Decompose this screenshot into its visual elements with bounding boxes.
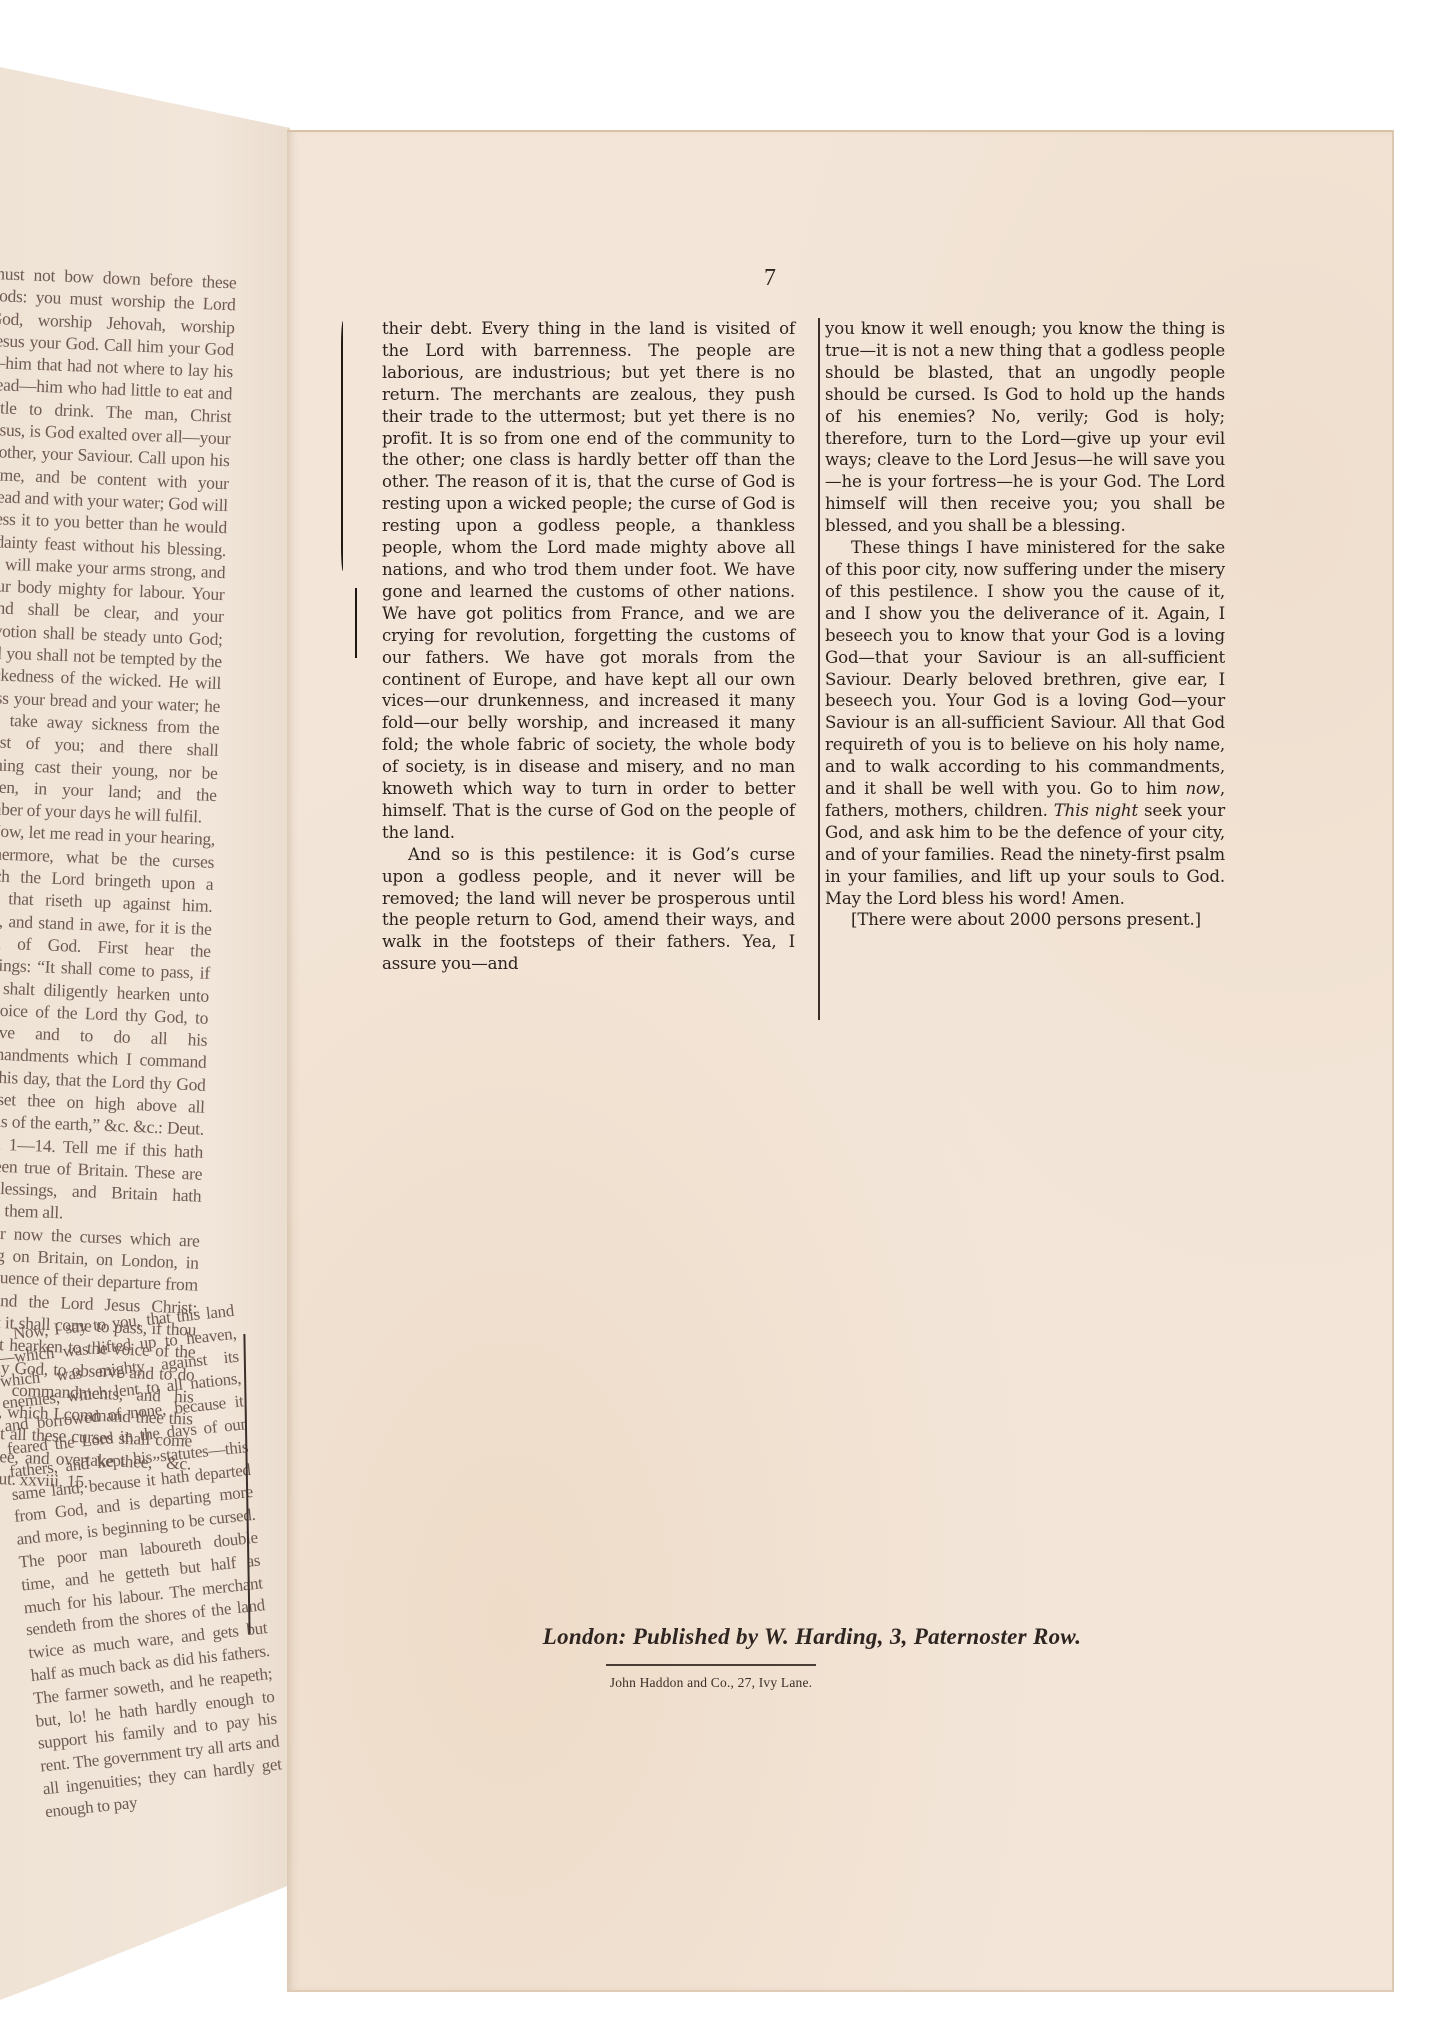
left-page-text-lower: Now, I say to you, that this land—which … — [0, 1300, 285, 1824]
margin-bracket-mark — [341, 321, 346, 571]
italic-now: now — [1185, 779, 1219, 798]
column-divider — [818, 318, 820, 1020]
left-paragraph: must not bow down before these gods: you… — [0, 262, 237, 828]
italic-this-night: This night — [1054, 801, 1138, 820]
attendance-note: [There were about 2000 persons present.] — [825, 909, 1225, 931]
margin-bracket-mark-lower — [355, 588, 357, 658]
printer-line: John Haddon and Co., 27, Ivy Lane. — [606, 1675, 816, 1691]
text-column-left: their debt. Every thing in the land is v… — [382, 318, 795, 975]
paragraph: their debt. Every thing in the land is v… — [382, 318, 795, 844]
imprint-rule — [606, 1664, 816, 1666]
paragraph: And so is this pestilence: it is God’s c… — [382, 844, 795, 975]
publisher-imprint: London: Published by W. Harding, 3, Pate… — [482, 1624, 1142, 1650]
left-paragraph: Now, let me read in your hearing, furthe… — [0, 819, 215, 1229]
paragraph: you know it well enough; you know the th… — [825, 318, 1225, 537]
text-column-right: you know it well enough; you know the th… — [825, 318, 1225, 931]
paragraph-closing-exhortation: These things I have ministered for the s… — [825, 537, 1225, 909]
page-number: 7 — [764, 265, 776, 292]
text-run: These things I have ministered for the s… — [825, 538, 1225, 798]
left-page: must not bow down before these gods: you… — [0, 0, 300, 2023]
left-paragraph: Now, I say to you, that this land—which … — [0, 1300, 285, 1824]
